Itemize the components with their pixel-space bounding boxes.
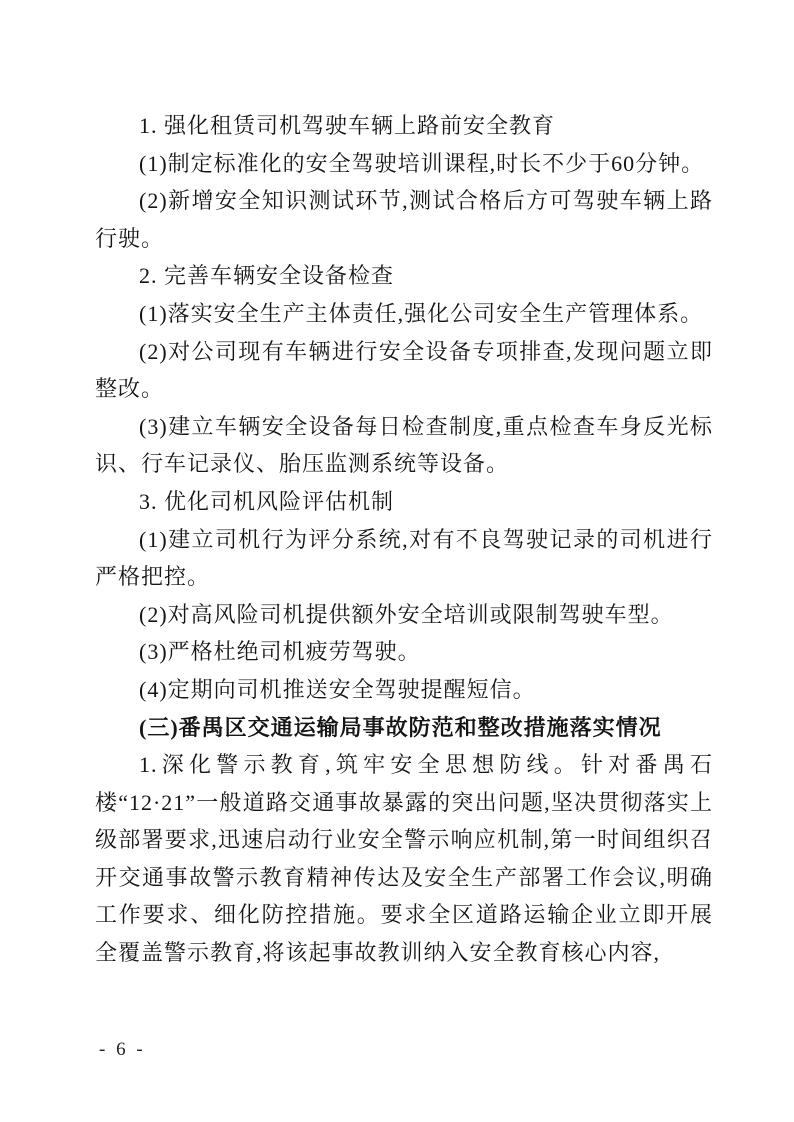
numbered-heading-2: 2. 完善车辆安全设备检查 xyxy=(95,257,713,295)
sub-item-2-1: (1)落实安全生产主体责任,强化公司安全生产管理体系。 xyxy=(95,295,713,333)
numbered-heading-1: 1. 强化租赁司机驾驶车辆上路前安全教育 xyxy=(95,107,713,145)
sub-item-3-1: (1)建立司机行为评分系统,对有不良驾驶记录的司机进行严格把控。 xyxy=(95,521,713,596)
numbered-heading-3: 3. 优化司机风险评估机制 xyxy=(95,483,713,521)
sub-item-3-3: (3)严格杜绝司机疲劳驾驶。 xyxy=(95,633,713,671)
document-page: 1. 强化租赁司机驾驶车辆上路前安全教育 (1)制定标准化的安全驾驶培训课程,时… xyxy=(0,0,794,1122)
sub-item-2-2: (2)对公司现有车辆进行安全设备专项排查,发现问题立即整改。 xyxy=(95,333,713,408)
page-number: - 6 - xyxy=(99,1038,146,1062)
sub-item-3-2: (2)对高风险司机提供额外安全培训或限制驾驶车型。 xyxy=(95,596,713,634)
section-heading-3: (三)番禺区交通运输局事故防范和整改措施落实情况 xyxy=(95,709,713,747)
sub-item-2-3: (3)建立车辆安全设备每日检查制度,重点检查车身反光标识、行车记录仪、胎压监测系… xyxy=(95,408,713,483)
body-paragraph-warning-education: 1.深化警示教育,筑牢安全思想防线。针对番禺石楼“12·21”一般道路交通事故暴… xyxy=(95,746,713,972)
document-body: 1. 强化租赁司机驾驶车辆上路前安全教育 (1)制定标准化的安全驾驶培训课程,时… xyxy=(95,107,713,972)
sub-item-1-1: (1)制定标准化的安全驾驶培训课程,时长不少于60分钟。 xyxy=(95,145,713,183)
sub-item-3-4: (4)定期向司机推送安全驾驶提醒短信。 xyxy=(95,671,713,709)
sub-item-1-2: (2)新增安全知识测试环节,测试合格后方可驾驶车辆上路行驶。 xyxy=(95,182,713,257)
